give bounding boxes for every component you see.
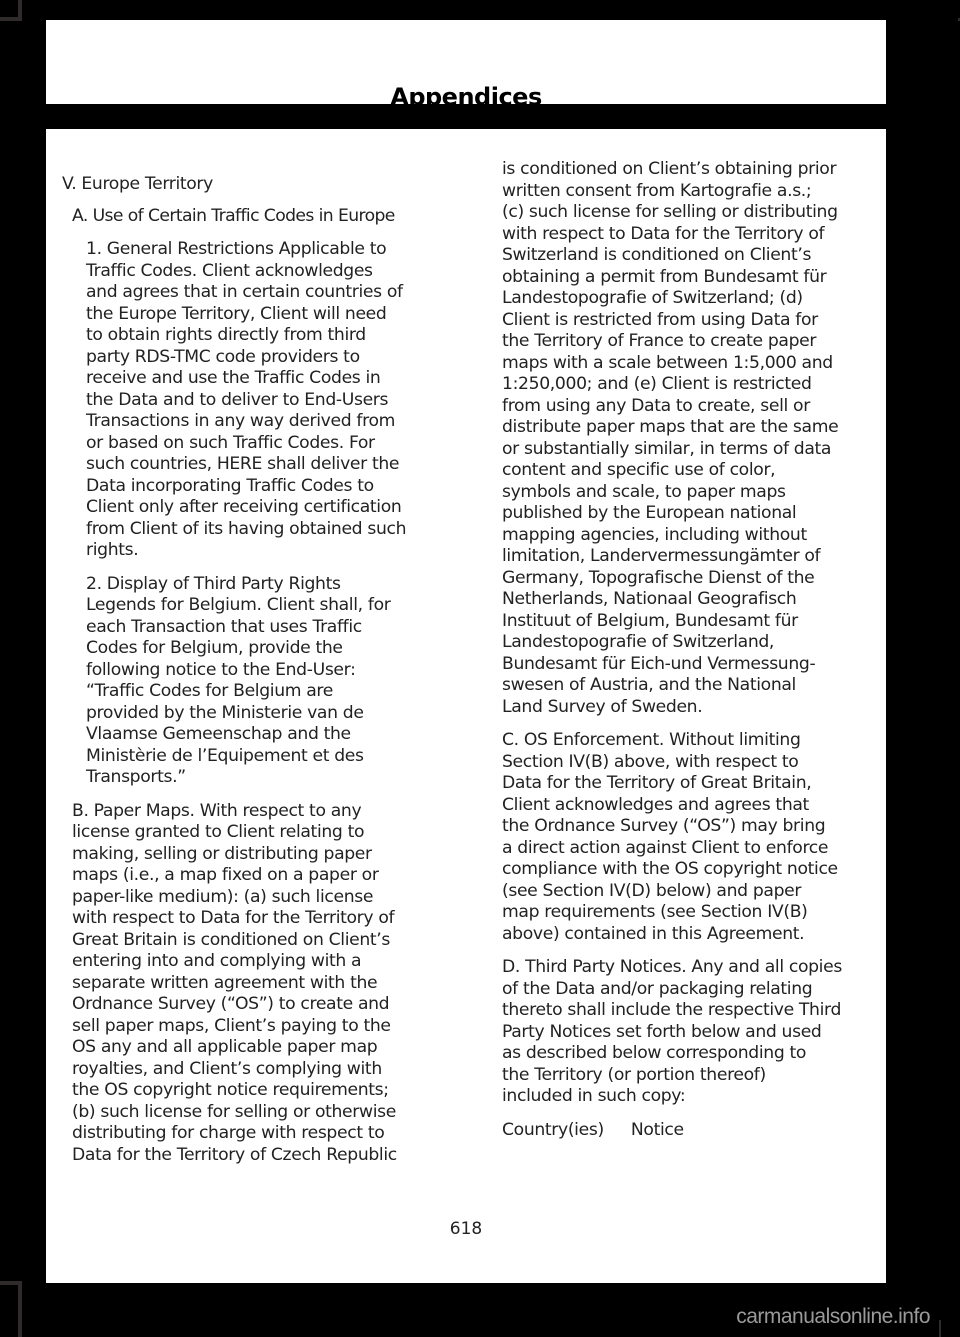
- text-line: the Territory of France to create paper: [502, 331, 878, 353]
- text-line: 1. General Restrictions Applicable to: [86, 239, 440, 261]
- text-line: provided by the Ministerie van de: [86, 703, 440, 725]
- text-line: to obtain rights directly from third: [86, 325, 440, 347]
- text-line: maps (i.e., a map fixed on a paper or: [72, 865, 440, 887]
- text-line: (see Section IV(D) below) and paper: [502, 881, 878, 903]
- text-line: written consent from Kartografie a.s.;: [502, 181, 878, 203]
- text-line: royalties, and Client’s complying with: [72, 1059, 440, 1081]
- text-line: paper-like medium): (a) such license: [72, 887, 440, 909]
- notices-table-header: Country(ies) Notice: [502, 1120, 878, 1142]
- text-line: Client acknowledges and agrees that: [502, 795, 878, 817]
- text-line: Traffic Codes. Client acknowledges: [86, 261, 440, 283]
- text-line: Ministèrie de l’Equipement et des: [86, 746, 440, 768]
- text-line: (b) such license for selling or otherwis…: [72, 1102, 440, 1124]
- text-line: is conditioned on Client’s obtaining pri…: [502, 159, 878, 181]
- text-line: with respect to Data for the Territory o…: [502, 224, 878, 246]
- text-line: “Traffic Codes for Belgium are: [86, 681, 440, 703]
- text-line: rights.: [86, 540, 440, 562]
- text-line: mapping agencies, including without: [502, 525, 878, 547]
- right-column: is conditioned on Client’s obtaining pri…: [502, 129, 878, 1141]
- text-line: Switzerland is conditioned on Client’s: [502, 245, 878, 267]
- paragraph-general-restrictions: 1. General Restrictions Applicable toTra…: [62, 239, 440, 562]
- text-line: Client is restricted from using Data for: [502, 310, 878, 332]
- text-line: swesen of Austria, and the National: [502, 675, 878, 697]
- paragraph-os-enforcement: C. OS Enforcement. Without limitingSecti…: [502, 730, 878, 945]
- text-line: with respect to Data for the Territory o…: [72, 908, 440, 930]
- text-line: above) contained in this Agreement.: [502, 924, 878, 946]
- text-line: the Territory (or portion thereof): [502, 1065, 878, 1087]
- text-line: content and specific use of color,: [502, 460, 878, 482]
- text-line: the Ordnance Survey (“OS”) may bring: [502, 816, 878, 838]
- text-line: Netherlands, Nationaal Geografisch: [502, 589, 878, 611]
- text-line: entering into and complying with a: [72, 951, 440, 973]
- text-line: of the Data and/or packaging relating: [502, 979, 878, 1001]
- text-line: Landestopografie of Switzerland; (d): [502, 288, 878, 310]
- text-line: and agrees that in certain countries of: [86, 282, 440, 304]
- text-line: the Europe Territory, Client will need: [86, 304, 440, 326]
- text-line: from Client of its having obtained such: [86, 519, 440, 541]
- page-number: 618: [46, 1219, 886, 1239]
- text-line: Instituut of Belgium, Bundesamt für: [502, 611, 878, 633]
- text-line: Transports.”: [86, 767, 440, 789]
- text-line: each Transaction that uses Traffic: [86, 617, 440, 639]
- text-line: Section IV(B) above, with respect to: [502, 752, 878, 774]
- text-line: receive and use the Traffic Codes in: [86, 368, 440, 390]
- text-line: 1:250,000; and (e) Client is restricted: [502, 374, 878, 396]
- text-line: map requirements (see Section IV(B): [502, 902, 878, 924]
- text-line: distribute paper maps that are the same: [502, 417, 878, 439]
- page-header: Appendices: [46, 20, 886, 104]
- text-line: sell paper maps, Client’s paying to the: [72, 1016, 440, 1038]
- text-line: making, selling or distributing paper: [72, 844, 440, 866]
- crop-mark-bottom-left-v: [18, 1281, 22, 1337]
- text-line: Vlaamse Gemeenschap and the: [86, 724, 440, 746]
- paragraph-paper-maps-continued: is conditioned on Client’s obtaining pri…: [502, 159, 878, 718]
- page-title: Appendices: [46, 83, 886, 111]
- text-line: Client only after receiving certificatio…: [86, 497, 440, 519]
- text-line: (c) such license for selling or distribu…: [502, 202, 878, 224]
- text-line: following notice to the End-User:: [86, 660, 440, 682]
- text-line: compliance with the OS copyright notice: [502, 859, 878, 881]
- heading-europe-territory: V. Europe Territory: [62, 174, 440, 196]
- text-line: party RDS-TMC code providers to: [86, 347, 440, 369]
- page-body: V. Europe Territory A. Use of Certain Tr…: [46, 129, 886, 1283]
- left-column: V. Europe Territory A. Use of Certain Tr…: [62, 129, 440, 1166]
- text-line: the Data and to deliver to End-Users: [86, 390, 440, 412]
- text-line: separate written agreement with the: [72, 973, 440, 995]
- column-header-notice: Notice: [631, 1120, 684, 1140]
- paragraph-paper-maps: B. Paper Maps. With respect to anylicens…: [62, 801, 440, 1167]
- crop-mark-bottom-right: [939, 1320, 941, 1337]
- text-line: D. Third Party Notices. Any and all copi…: [502, 957, 878, 979]
- text-line: distributing for charge with respect to: [72, 1123, 440, 1145]
- text-line: B. Paper Maps. With respect to any: [72, 801, 440, 823]
- crop-mark-top-left-h: [0, 17, 22, 21]
- text-line: published by the European national: [502, 503, 878, 525]
- text-line: Data incorporating Traffic Codes to: [86, 476, 440, 498]
- text-line: limitation, Landervermessungämter of: [502, 546, 878, 568]
- text-line: Data for the Territory of Czech Republic: [72, 1145, 440, 1167]
- text-line: the OS copyright notice requirements;: [72, 1080, 440, 1102]
- text-line: maps with a scale between 1:5,000 and: [502, 353, 878, 375]
- text-line: from using any Data to create, sell or: [502, 396, 878, 418]
- paragraph-belgium-legends: 2. Display of Third Party RightsLegends …: [62, 574, 440, 789]
- text-line: OS any and all applicable paper map: [72, 1037, 440, 1059]
- text-line: or substantially similar, in terms of da…: [502, 439, 878, 461]
- text-line: thereto shall include the respective Thi…: [502, 1000, 878, 1022]
- text-line: Landestopografie of Switzerland,: [502, 632, 878, 654]
- text-line: Party Notices set forth below and used: [502, 1022, 878, 1044]
- text-line: such countries, HERE shall deliver the: [86, 454, 440, 476]
- paragraph-third-party-notices: D. Third Party Notices. Any and all copi…: [502, 957, 878, 1108]
- text-line: Codes for Belgium, provide the: [86, 638, 440, 660]
- text-line: or based on such Traffic Codes. For: [86, 433, 440, 455]
- text-line: license granted to Client relating to: [72, 822, 440, 844]
- text-line: Ordnance Survey (“OS”) to create and: [72, 994, 440, 1016]
- text-line: Data for the Territory of Great Britain,: [502, 773, 878, 795]
- text-line: symbols and scale, to paper maps: [502, 482, 878, 504]
- text-line: a direct action against Client to enforc…: [502, 838, 878, 860]
- text-line: 2. Display of Third Party Rights: [86, 574, 440, 596]
- text-line: Land Survey of Sweden.: [502, 697, 878, 719]
- text-line: Transactions in any way derived from: [86, 411, 440, 433]
- text-line: included in such copy:: [502, 1086, 878, 1108]
- watermark: carmanualsonline.info: [736, 1305, 930, 1329]
- text-line: Bundesamt für Eich-und Vermessung-: [502, 654, 878, 676]
- text-line: Great Britain is conditioned on Client’s: [72, 930, 440, 952]
- text-line: obtaining a permit from Bundesamt für: [502, 267, 878, 289]
- heading-traffic-codes: A. Use of Certain Traffic Codes in Europ…: [62, 206, 440, 228]
- text-line: Legends for Belgium. Client shall, for: [86, 595, 440, 617]
- text-line: C. OS Enforcement. Without limiting: [502, 730, 878, 752]
- text-line: as described below corresponding to: [502, 1043, 878, 1065]
- text-line: Germany, Topografische Dienst of the: [502, 568, 878, 590]
- column-header-country: Country(ies): [502, 1120, 604, 1140]
